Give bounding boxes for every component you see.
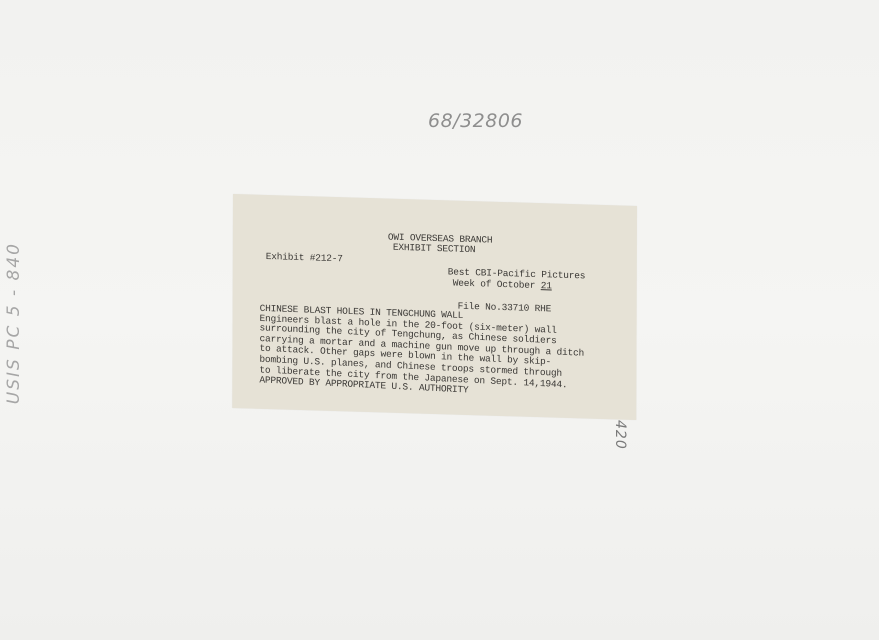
week-day: 21	[541, 280, 552, 291]
week-prefix: Week of October	[453, 278, 541, 292]
left-vertical-note: USIS PC 5 - 840	[4, 242, 24, 404]
photo-back-page: 68/32806 USIS PC 5 - 840 420 OWI OVERSEA…	[0, 0, 879, 640]
caption-label: OWI OVERSEAS BRANCH EXHIBIT SECTION Exhi…	[232, 194, 637, 420]
exhibit-number: Exhibit #212-7	[266, 251, 343, 264]
archive-number: 68/32806	[428, 110, 523, 132]
right-vertical-note: 420	[612, 420, 628, 450]
caption-text: CHINESE BLAST HOLES IN TENGCHUNG WALL En…	[259, 305, 619, 400]
header-line-2: EXHIBIT SECTION	[393, 242, 476, 255]
week-line: Week of October 21	[453, 278, 552, 292]
